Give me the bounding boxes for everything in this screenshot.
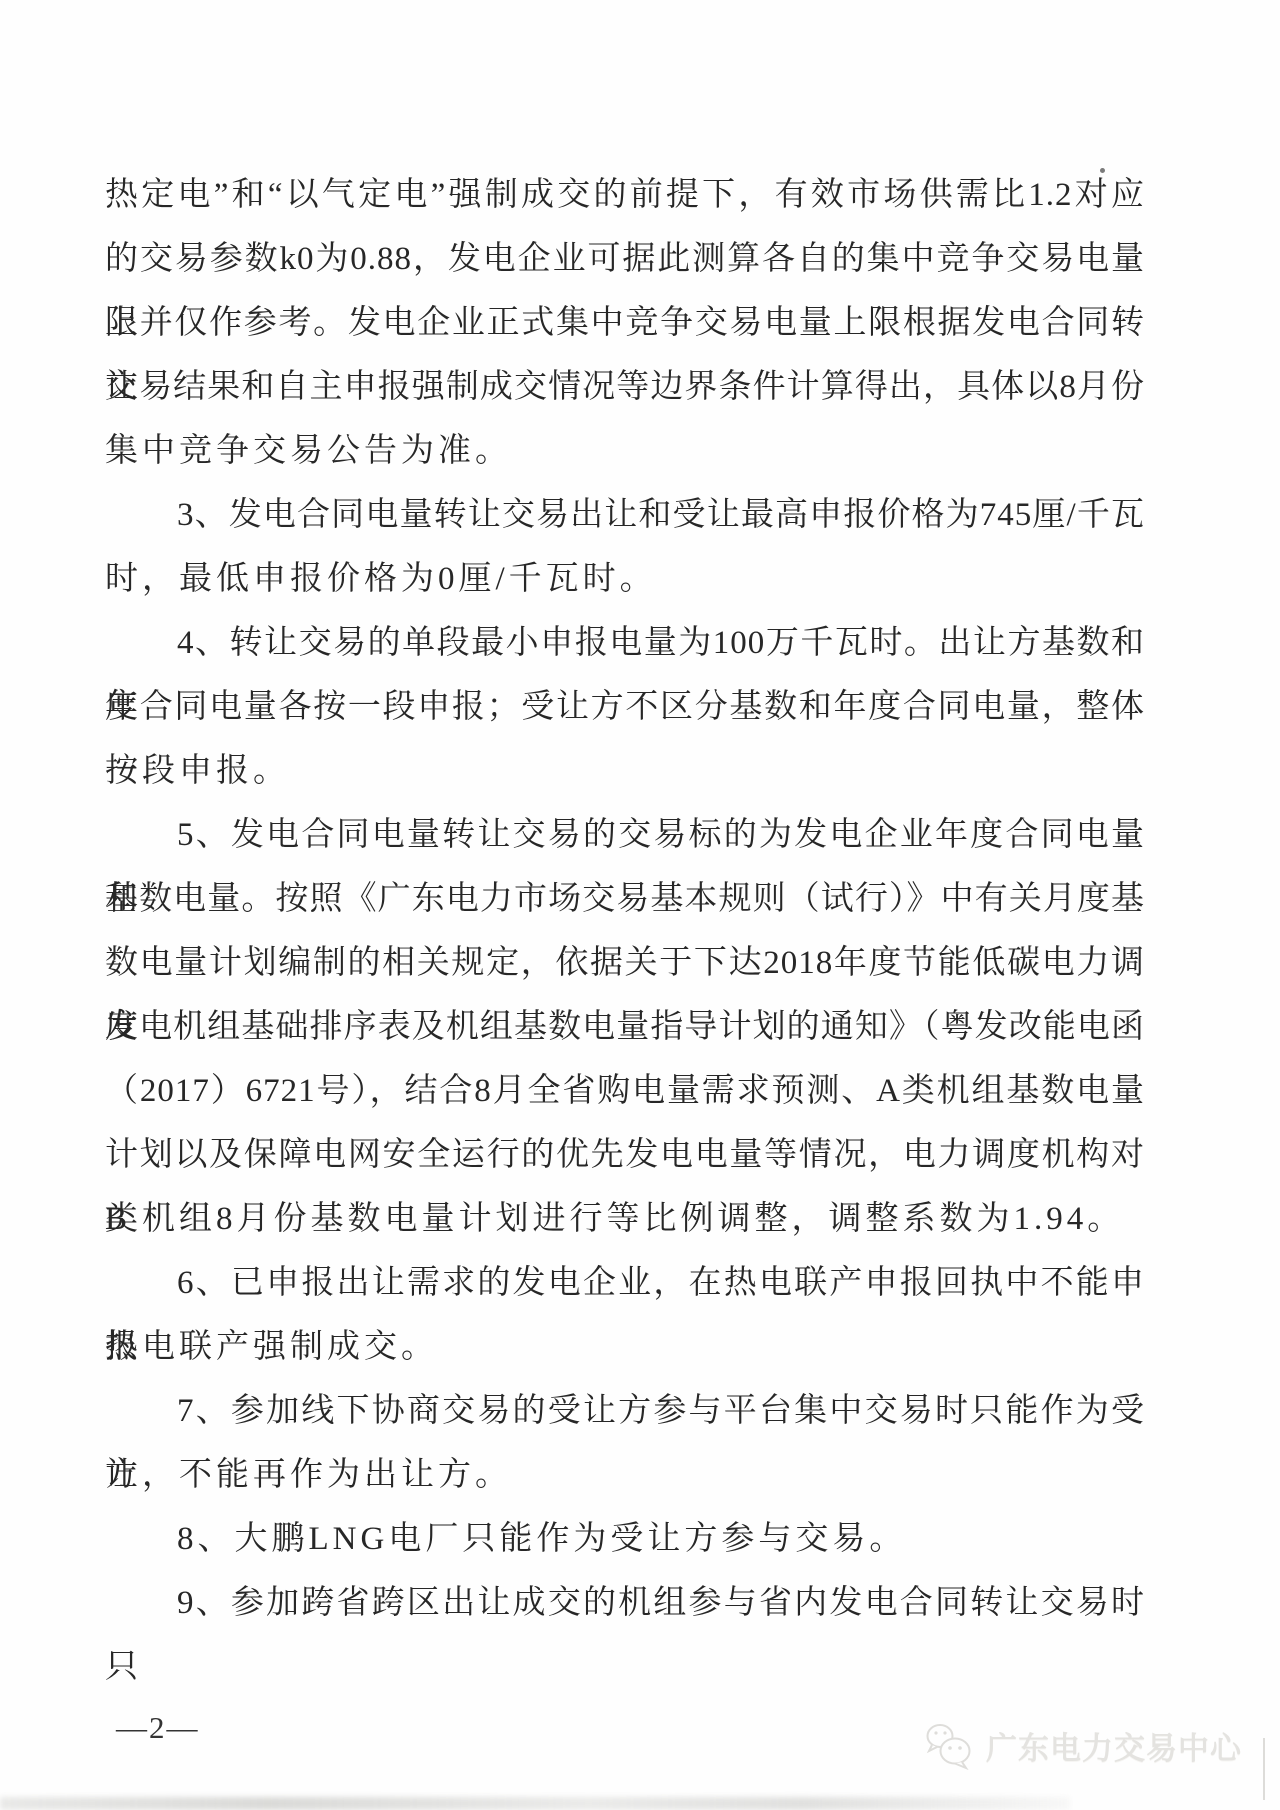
- text-line: 交易结果和自主申报强制成交情况等边界条件计算得出，具体以8月份: [105, 355, 1145, 419]
- text-line: 热电联产强制成交。: [105, 1315, 1145, 1379]
- document-body: 热定电”和“以气定电”强制成交的前提下，有效市场供需比1.2对应的交易参数k0为…: [105, 163, 1145, 1635]
- text-line: 6、已申报出让需求的发电企业，在热电联产申报回执中不能申报: [105, 1251, 1145, 1315]
- wechat-icon: [922, 1718, 976, 1772]
- text-line: 7、参加线下协商交易的受让方参与平台集中交易时只能作为受让: [105, 1379, 1145, 1443]
- scanned-document-page: 热定电”和“以气定电”强制成交的前提下，有效市场供需比1.2对应的交易参数k0为…: [0, 0, 1280, 1810]
- text-line: 基数电量。按照《广东电力市场交易基本规则（试行）》中有关月度基: [105, 867, 1145, 931]
- text-line: 5、发电合同电量转让交易的交易标的为发电企业年度合同电量和: [105, 803, 1145, 867]
- scan-edge-artifact: [1263, 1738, 1265, 1800]
- text-line: 方，不能再作为出让方。: [105, 1443, 1145, 1507]
- watermark: 广东电力交易中心: [922, 1718, 1242, 1772]
- text-line: （2017）6721号），结合8月全省购电量需求预测、A类机组基数电量: [105, 1059, 1145, 1123]
- text-line: 一段申报。: [105, 739, 1145, 803]
- text-line: 3、发电合同电量转让交易出让和受让最高申报价格为745厘/千瓦: [105, 483, 1145, 547]
- text-line: 时，最低申报价格为0厘/千瓦时。: [105, 547, 1145, 611]
- text-line: 9、参加跨省跨区出让成交的机组参与省内发电合同转让交易时只: [105, 1571, 1145, 1635]
- text-line: 8、大鹏LNG电厂只能作为受让方参与交易。: [105, 1507, 1145, 1571]
- scan-smudge: [0, 1797, 1070, 1810]
- text-line: 度合同电量各按一段申报；受让方不区分基数和年度合同电量，整体按: [105, 675, 1145, 739]
- text-line: 类机组8月份基数电量计划进行等比例调整，调整系数为1.94。: [105, 1187, 1145, 1251]
- text-line: 集中竞争交易公告为准。: [105, 419, 1145, 483]
- text-line: 数电量计划编制的相关规定，依据关于下达2018年度节能低碳电力调度: [105, 931, 1145, 995]
- scan-ink-dot: [1100, 168, 1105, 173]
- text-line: 4、转让交易的单段最小申报电量为100万千瓦时。出让方基数和年: [105, 611, 1145, 675]
- text-line: 热定电”和“以气定电”强制成交的前提下，有效市场供需比1.2对应: [105, 163, 1145, 227]
- text-line: 的交易参数k0为0.88，发电企业可据此测算各自的集中竞争交易电量上: [105, 227, 1145, 291]
- text-line: 发电机组基础排序表及机组基数电量指导计划的通知》（粤发改能电函: [105, 995, 1145, 1059]
- text-line: 限并仅作参考。发电企业正式集中竞争交易电量上限根据发电合同转让: [105, 291, 1145, 355]
- watermark-label: 广东电力交易中心: [986, 1723, 1242, 1768]
- text-line: 计划以及保障电网安全运行的优先发电电量等情况，电力调度机构对B: [105, 1123, 1145, 1187]
- page-number: —2—: [116, 1710, 200, 1746]
